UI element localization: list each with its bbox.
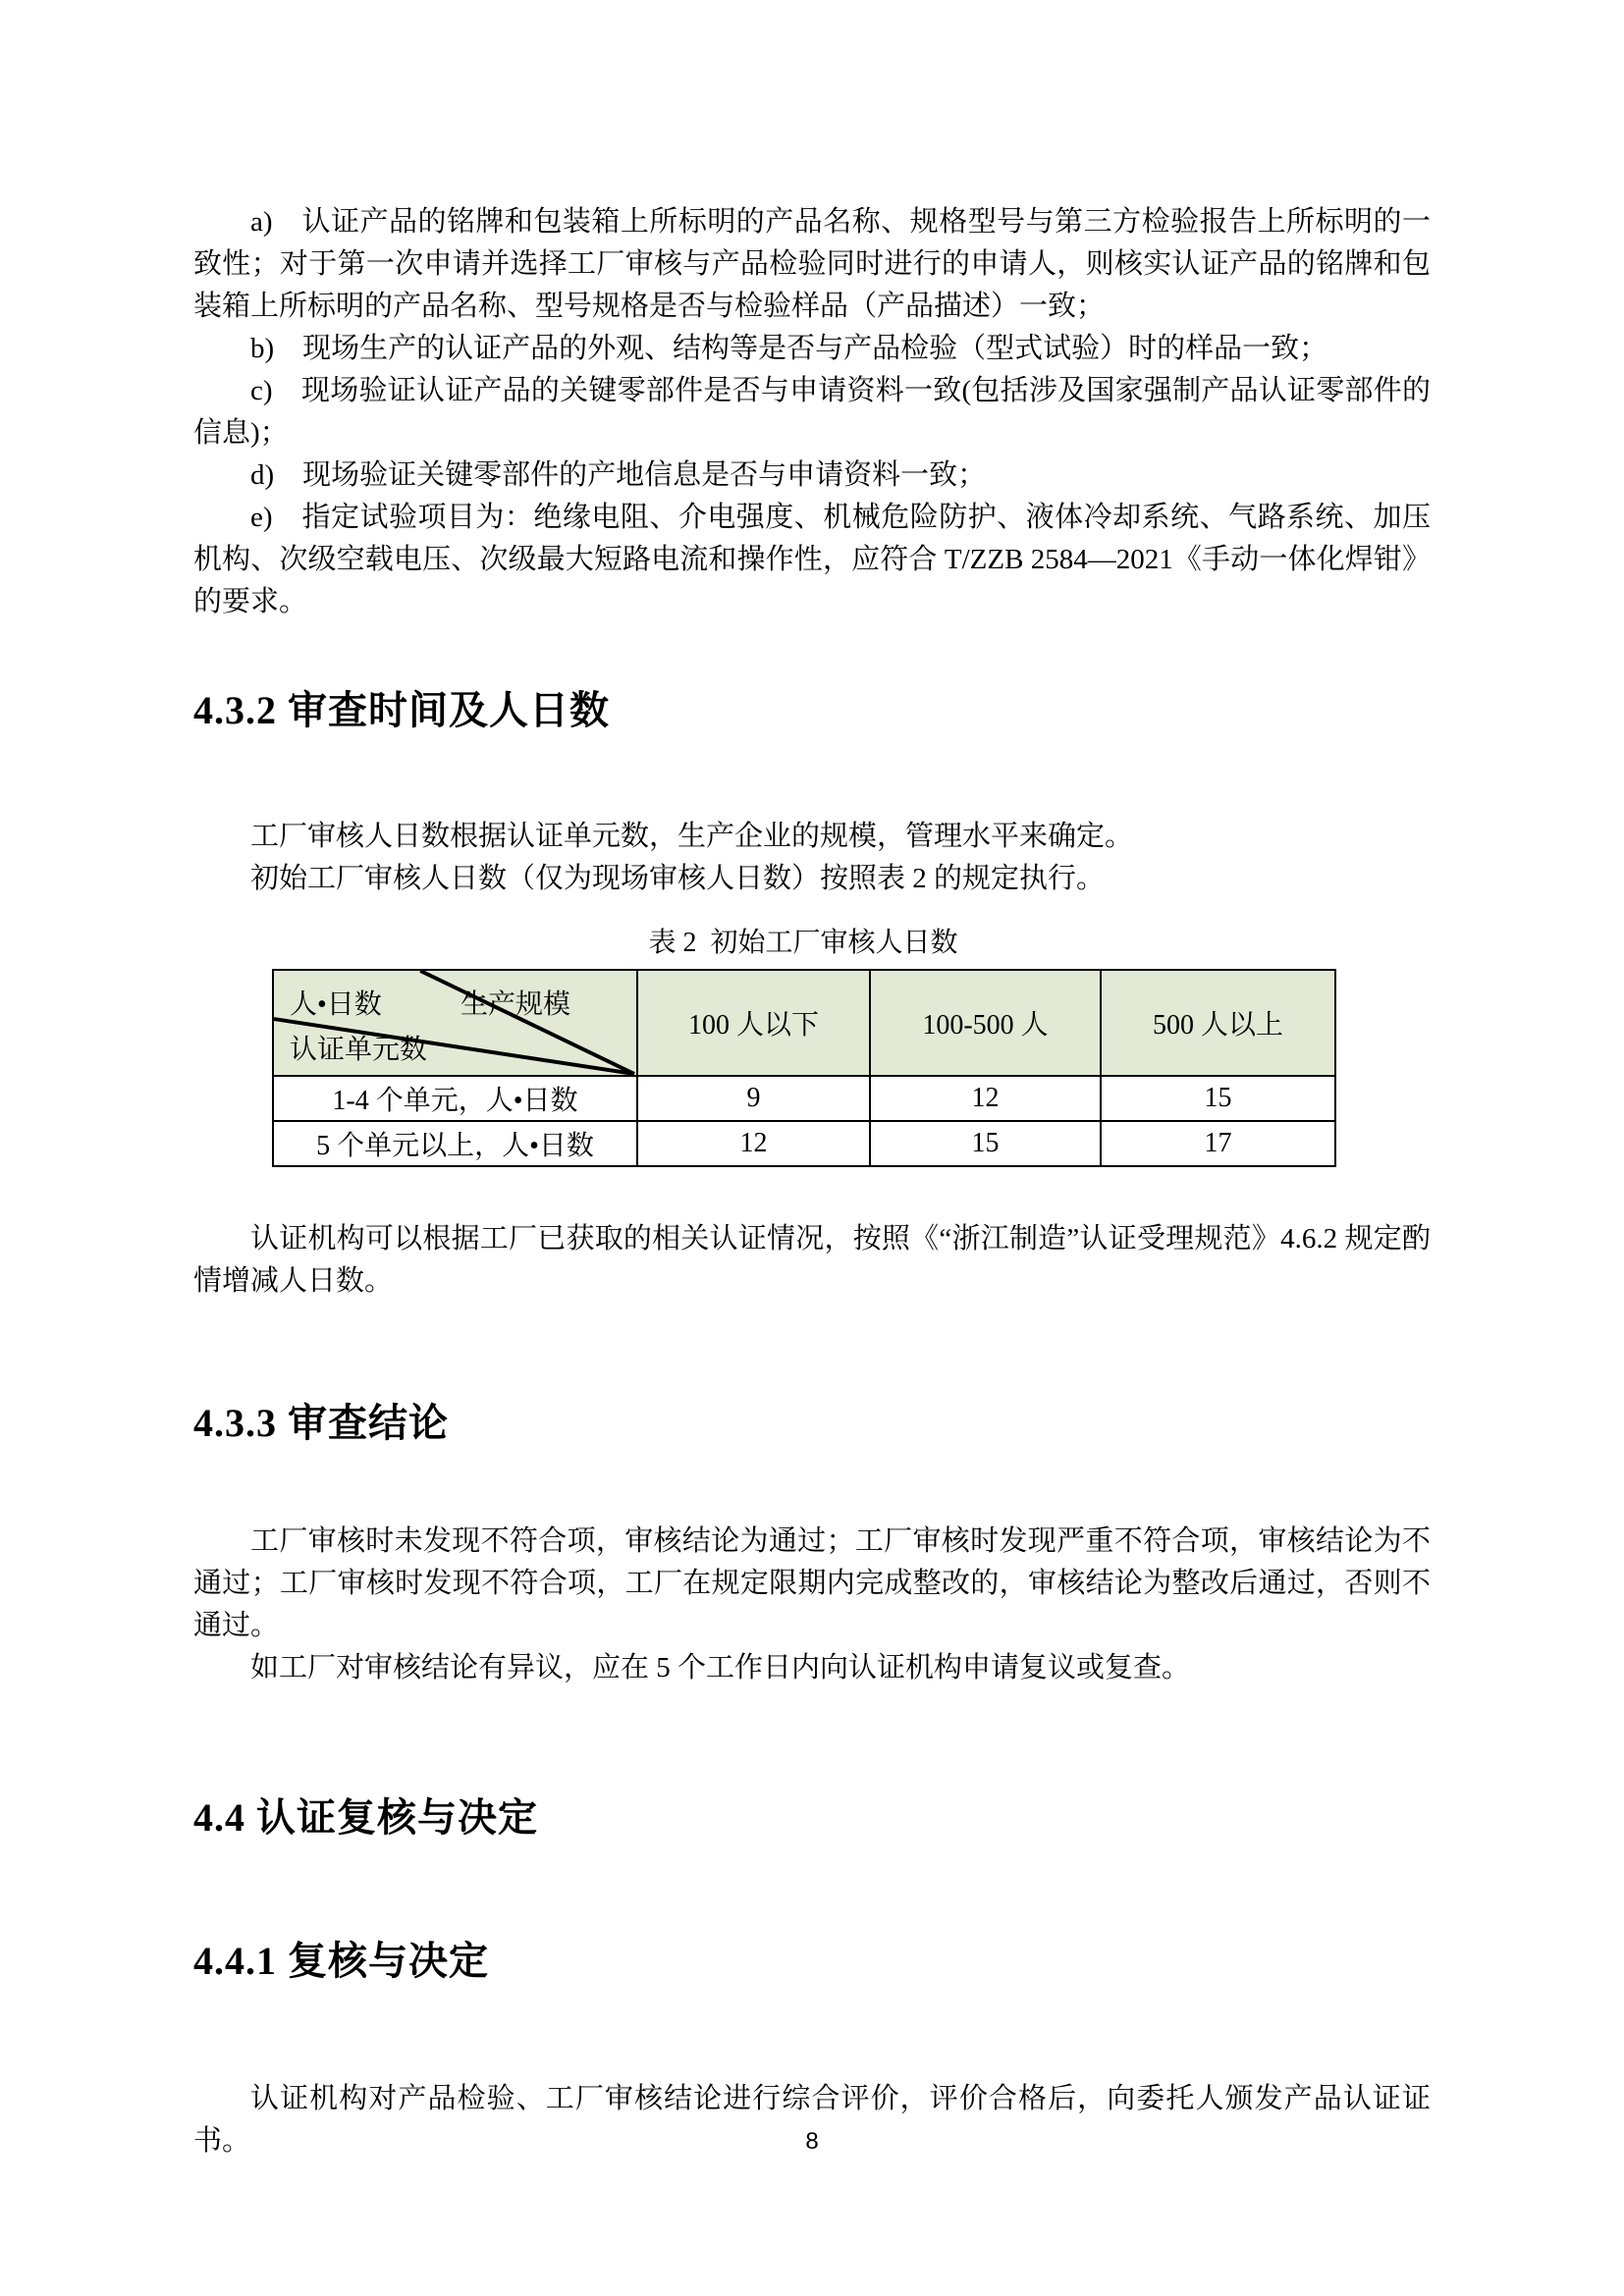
section-heading-4-3-3: 4.3.3 审查结论 bbox=[193, 1397, 1431, 1450]
corner-label-mandays: 人•日数 bbox=[290, 983, 382, 1022]
corner-label-production-scale: 生产规模 bbox=[460, 983, 570, 1022]
document-content: a) 认证产品的铭牌和包装箱上所标明的产品名称、规格型号与第三方检验报告上所标明… bbox=[193, 201, 1431, 2163]
paragraph-audit-conclusion-1: 工厂审核时未发现不符合项，审核结论为通过；工厂审核时发现严重不符合项，审核结论为… bbox=[193, 1521, 1431, 1647]
row-label-5-plus-units: 5 个单元以上，人•日数 bbox=[273, 1121, 637, 1166]
paragraph-audit-mandays-1: 工厂审核人日数根据认证单元数，生产企业的规模，管理水平来确定。 bbox=[193, 816, 1431, 858]
cell-value: 15 bbox=[870, 1121, 1101, 1166]
page-number: 8 bbox=[0, 2128, 1624, 2156]
document-page: a) 认证产品的铭牌和包装箱上所标明的产品名称、规格型号与第三方检验报告上所标明… bbox=[0, 0, 1624, 2296]
section-heading-4-4: 4.4 认证复核与决定 bbox=[193, 1791, 1431, 1844]
cell-value: 17 bbox=[1101, 1121, 1335, 1166]
paragraph-audit-mandays-2: 初始工厂审核人日数（仅为现场审核人日数）按照表 2 的规定执行。 bbox=[193, 858, 1431, 900]
paragraph-audit-conclusion-2: 如工厂对审核结论有异议，应在 5 个工作日内向认证机构申请复议或复查。 bbox=[193, 1647, 1431, 1689]
paragraph-adjust-mandays: 认证机构可以根据工厂已获取的相关认证情况，按照《“浙江制造”认证受理规范》4.6… bbox=[193, 1218, 1431, 1303]
list-item-b: b) 现场生产的认证产品的外观、结构等是否与产品检验（型式试验）时的样品一致； bbox=[193, 328, 1431, 370]
cell-value: 12 bbox=[870, 1076, 1101, 1121]
cell-value: 15 bbox=[1101, 1076, 1335, 1121]
table-row: 1-4 个单元，人•日数 9 12 15 bbox=[273, 1076, 1335, 1121]
row-label-1-4-units: 1-4 个单元，人•日数 bbox=[273, 1076, 637, 1121]
column-header-under-100: 100 人以下 bbox=[637, 970, 870, 1076]
list-item-e: e) 指定试验项目为：绝缘电阻、介电强度、机械危险防护、液体冷却系统、气路系统、… bbox=[193, 497, 1431, 623]
cell-value: 12 bbox=[637, 1121, 870, 1166]
table-row: 5 个单元以上，人•日数 12 15 17 bbox=[273, 1121, 1335, 1166]
column-header-100-500: 100-500 人 bbox=[870, 970, 1101, 1076]
section-heading-4-3-2: 4.3.2 审查时间及人日数 bbox=[193, 684, 1431, 737]
table-header-row: 人•日数 生产规模 认证单元数 100 人以下 100-500 人 500 人以… bbox=[273, 970, 1335, 1076]
list-item-d: d) 现场验证关键零部件的产地信息是否与申请资料一致； bbox=[193, 454, 1431, 497]
corner-label-cert-units: 认证单元数 bbox=[290, 1028, 427, 1067]
list-item-c: c) 现场验证认证产品的关键零部件是否与申请资料一致(包括涉及国家强制产品认证零… bbox=[193, 370, 1431, 454]
table-caption: 表 2 初始工厂审核人日数 bbox=[272, 926, 1334, 961]
section-heading-4-4-1: 4.4.1 复核与决定 bbox=[193, 1935, 1431, 1988]
cell-value: 9 bbox=[637, 1076, 870, 1121]
column-header-over-500: 500 人以上 bbox=[1101, 970, 1335, 1076]
initial-audit-mandays-table: 人•日数 生产规模 认证单元数 100 人以下 100-500 人 500 人以… bbox=[272, 969, 1336, 1167]
list-item-a: a) 认证产品的铭牌和包装箱上所标明的产品名称、规格型号与第三方检验报告上所标明… bbox=[193, 201, 1431, 328]
diagonal-corner-cell: 人•日数 生产规模 认证单元数 bbox=[273, 970, 637, 1076]
